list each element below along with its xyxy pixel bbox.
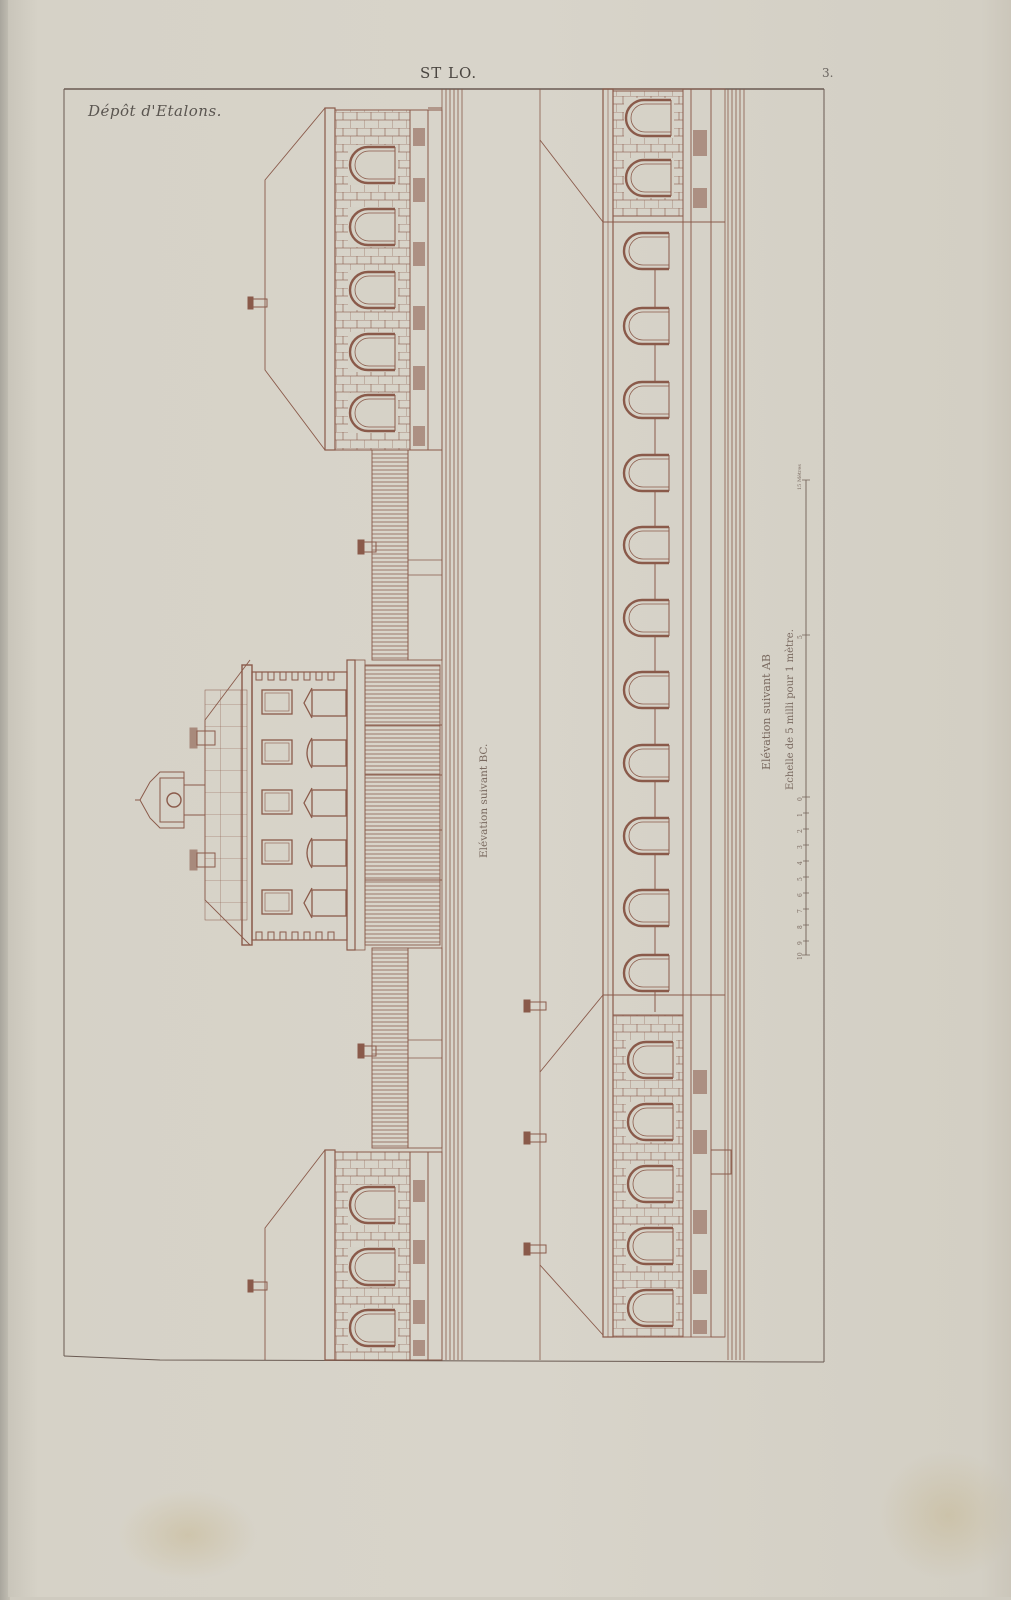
scale-tick-label: 9 xyxy=(797,941,804,945)
elevation-bc-label: Elévation suivant BC. xyxy=(478,744,490,858)
scale-tick-label: 4 xyxy=(797,861,804,865)
elevation-ab-label: Elévation suivant AB xyxy=(760,654,773,770)
scale-tick-label: 15 Mètres xyxy=(797,464,803,490)
scale-bar xyxy=(802,480,810,955)
scale-tick-label: 5 xyxy=(797,877,804,881)
scale-tick-label: 7 xyxy=(797,909,804,913)
architectural-elevation-drawing xyxy=(0,0,1011,1600)
scale-tick-label: 10 xyxy=(797,952,804,960)
scale-tick-label: 8 xyxy=(797,925,804,929)
scale-tick-label: 1 xyxy=(797,813,804,817)
scale-tick-label: 3 xyxy=(797,845,804,849)
elevation-bc xyxy=(135,89,462,1360)
scale-tick-label: 5 xyxy=(797,635,804,639)
scale-tick-label: 0 xyxy=(797,797,804,801)
plate-frame xyxy=(64,89,824,1362)
scale-tick-label: 6 xyxy=(797,893,804,897)
scale-label: Echelle de 5 milli pour 1 mètre. xyxy=(785,629,796,790)
elevation-ab xyxy=(524,89,744,1360)
scale-tick-label: 2 xyxy=(797,829,804,833)
